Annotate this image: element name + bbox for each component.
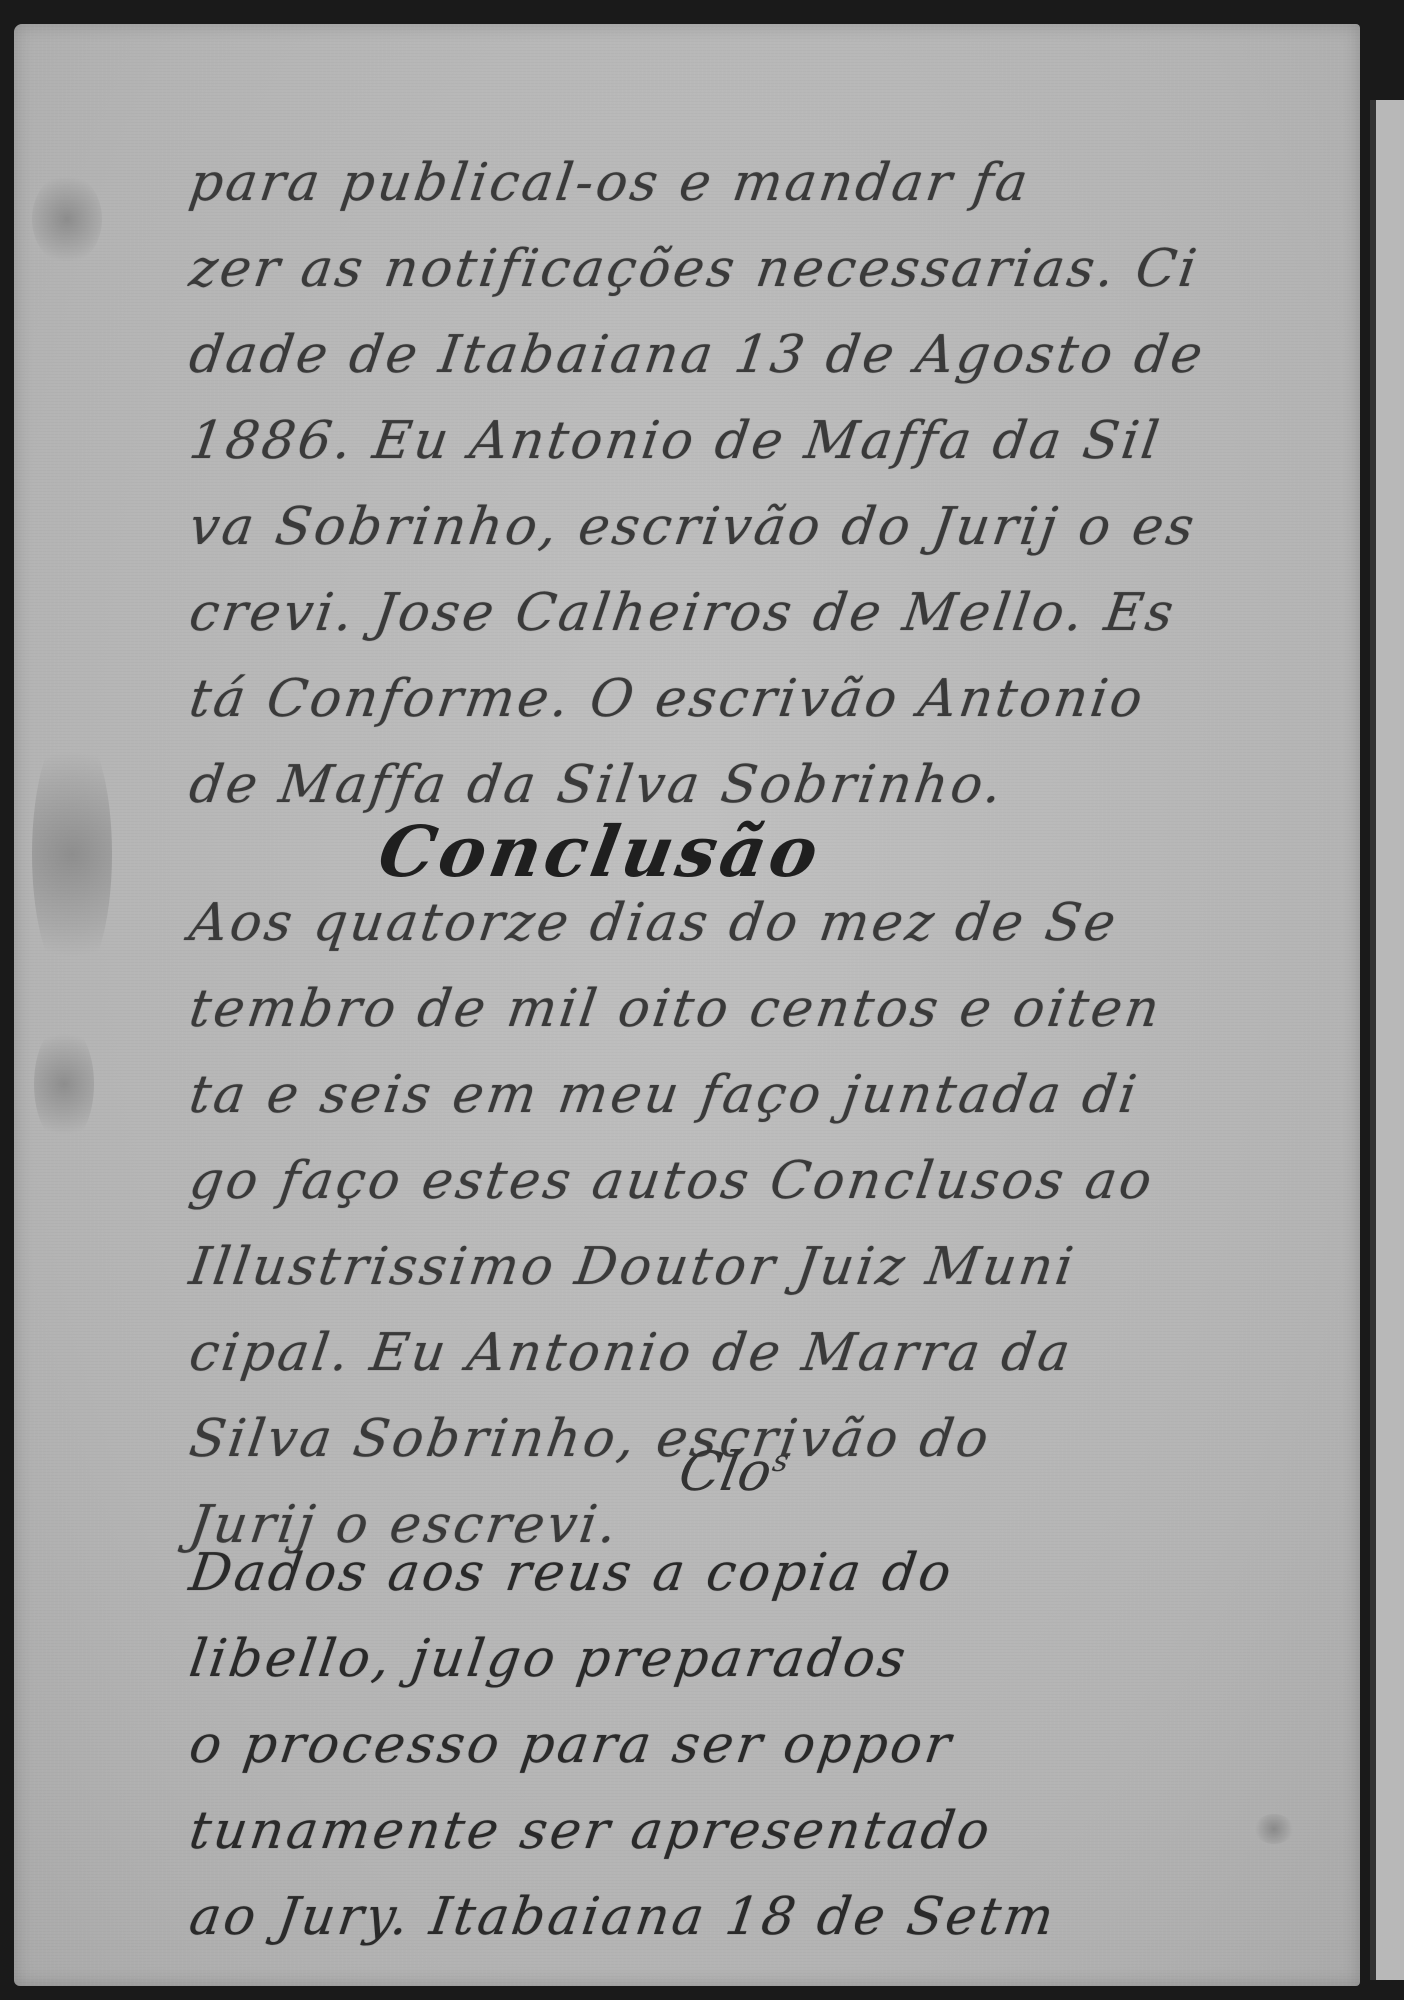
text-line: go faço estes autos Conclusos ao bbox=[184, 1138, 1206, 1224]
paper-stain bbox=[1254, 1814, 1294, 1844]
text-line: cipal. Eu Antonio de Marra da bbox=[184, 1310, 1206, 1396]
text-line: crevi. Jose Calheiros de Mello. Es bbox=[184, 570, 1206, 656]
paper-stain bbox=[32, 724, 112, 984]
adjacent-page-edge bbox=[1370, 100, 1404, 1980]
text-line: tembro de mil oito centos e oiten bbox=[184, 966, 1206, 1052]
text-line: libello, julgo preparados bbox=[184, 1616, 1206, 1702]
text-line: Dados aos reus a copia do bbox=[184, 1530, 1206, 1616]
conclusos-mark: Clos bbox=[674, 1440, 792, 1503]
text-line: o processo para ser oppor bbox=[184, 1702, 1206, 1788]
text-line: va Sobrinho, escrivão do Jurij o es bbox=[184, 484, 1206, 570]
text-line: dade de Itabaiana 13 de Agosto de bbox=[184, 312, 1206, 398]
paragraph-3: Dados aos reus a copia do libello, julgo… bbox=[190, 1530, 1200, 1960]
text-line: tá Conforme. O escrivão Antonio bbox=[184, 656, 1206, 742]
text-line: ao Jury. Itabaiana 18 de Setm bbox=[184, 1874, 1206, 1960]
text-line: tunamente ser apresentado bbox=[184, 1788, 1206, 1874]
text-line: zer as notificações necessarias. Ci bbox=[184, 226, 1206, 312]
text-line: Illustrissimo Doutor Juiz Muni bbox=[184, 1224, 1206, 1310]
text-line: 1886. Eu Antonio de Maffa da Sil bbox=[184, 398, 1206, 484]
paper-stain bbox=[32, 174, 102, 264]
paper-stain bbox=[34, 1024, 94, 1144]
signature-text: Clo bbox=[674, 1440, 776, 1503]
text-line: Aos quatorze dias do mez de Se bbox=[184, 880, 1206, 966]
text-line: para publical-os e mandar fa bbox=[184, 140, 1206, 226]
text-line: ta e seis em meu faço juntada di bbox=[184, 1052, 1206, 1138]
paragraph-1: para publical-os e mandar fa zer as noti… bbox=[190, 140, 1200, 828]
